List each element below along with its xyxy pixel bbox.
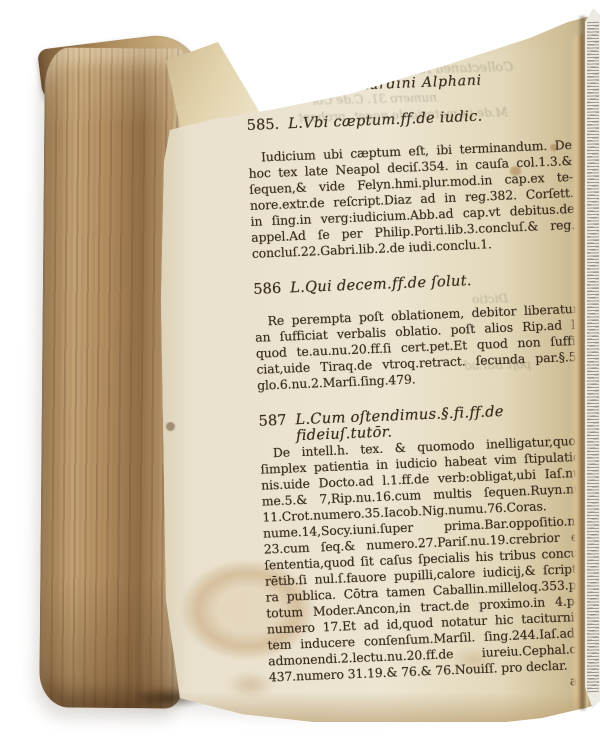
section-heading-586: 586 L.Qui decem.ff.de ſolut. <box>253 269 578 302</box>
section-title: L.Vbi cæptum.ff.de iudic. <box>288 109 483 133</box>
section-title: L.Qui decem.ff.de ſolut. <box>290 273 472 296</box>
section-number: 587 <box>258 413 286 430</box>
section-number: 585. <box>246 117 279 134</box>
paragraph-585: Iudicium ubi cæptum eſt, ibi terminandum… <box>248 137 576 262</box>
gutter-gap <box>578 16 586 710</box>
section-number: 586 <box>253 281 281 298</box>
stain <box>298 46 393 90</box>
facing-page-edge <box>585 8 600 708</box>
antique-book-photo: 152Collectanea Iuris Ciuilisnumero 31. C… <box>0 0 600 748</box>
running-header: Bernardini Alphani <box>245 69 569 98</box>
paragraph-587: De intell.h. tex. & quomodo inelligatur,… <box>260 433 593 686</box>
facing-page-text-marks <box>587 22 599 692</box>
text-block: Bernardini Alphani 585. L.Vbi cæptum.ff.… <box>245 69 594 702</box>
paragraph-586: Re perempta poſt oblationem, debitor lib… <box>254 301 581 394</box>
stain <box>424 28 437 39</box>
stain <box>166 422 175 431</box>
section-heading-585: 585. L.Vbi cæptum.ff.de iudic. <box>246 105 571 138</box>
text-line: 152 <box>298 70 325 84</box>
section-heading-587: 587 L.Cum oſtendimus.§.fi.ff.de fideiuſ.… <box>258 401 583 434</box>
